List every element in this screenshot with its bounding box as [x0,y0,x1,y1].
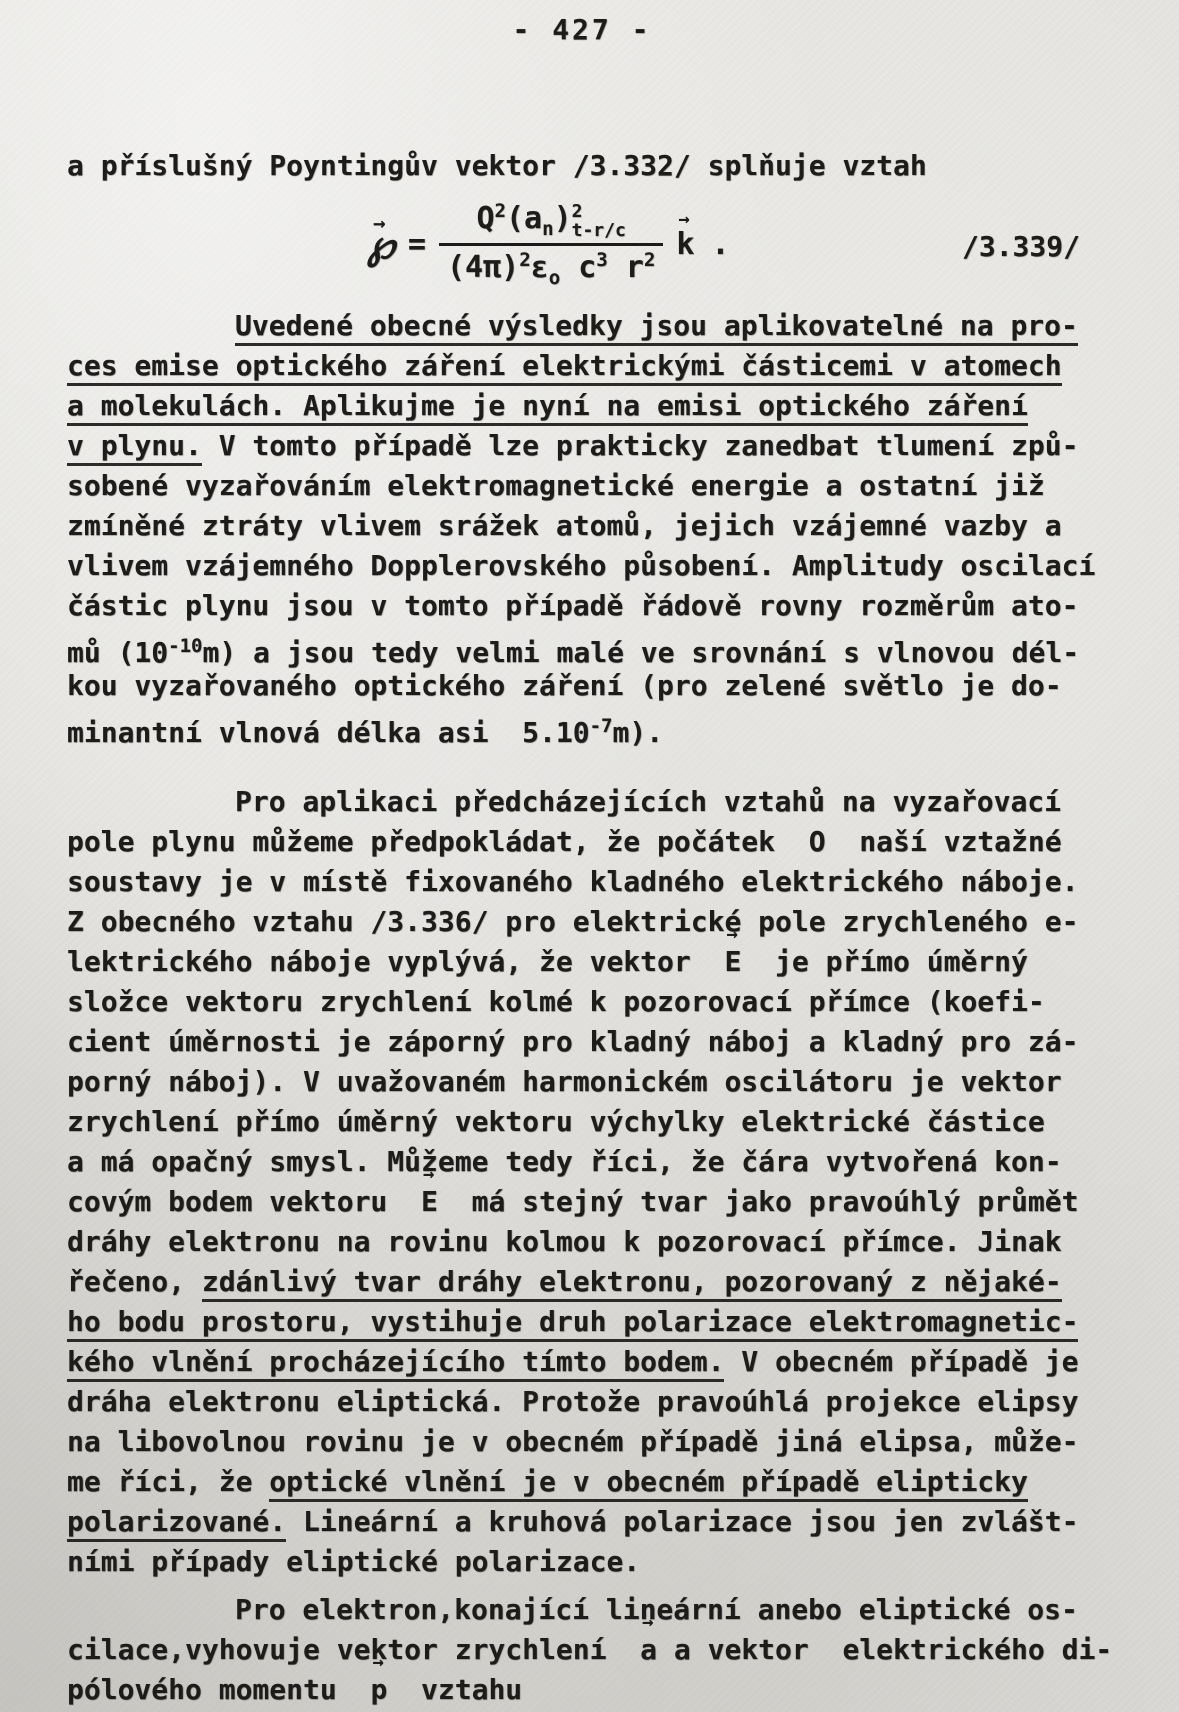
text-line: a molekulách. Aplikujme je nyní na emisi… [67,386,1149,426]
epsilon: ε [531,250,549,285]
text-line: na libovolnou rovinu je v obecném případ… [67,1422,1149,1462]
text-line: kou vyzařovaného optického záření (pro z… [67,666,1149,706]
text-segment: dráhy elektronu na rovinu kolmou k pozor… [67,1225,1062,1258]
text-line: ces emise optického záření elektrickými … [67,346,1149,386]
page-number: - 427 - [41,10,1123,50]
a-vector-symbol: →a [640,1630,657,1670]
text-segment: cilace,vyhovuje vektor zrychlení [67,1633,640,1666]
vector-letter: E [724,945,741,978]
text-segment: vztahu [387,1673,522,1706]
exponent: 2 [644,249,655,271]
text-line: složce vektoru zrychlení kolmé k pozorov… [67,982,1149,1022]
page-content: - 427 - a příslušný Poyntingův vektor /3… [67,10,1149,1710]
text-segment: Lineární a kruhová polarizace jsou jen z… [286,1505,1078,1538]
p-vector-symbol: →p [370,1670,387,1710]
text-segment: sobené vyzařováním elektromagnetické ene… [67,469,1045,502]
text-segment: m) a jsou tedy velmi malé ve srovnání s … [202,636,1079,669]
exponent: 2 [519,249,530,271]
text-line: dráha elektronu eliptická. Protože pravo… [67,1382,1149,1422]
text-segment: dráha elektronu eliptická. Protože pravo… [67,1385,1078,1418]
exponent: 3 [596,249,607,271]
equation-period: . [711,227,729,262]
fraction-denominator: (4π)2εo c3 r2 [439,243,663,289]
text-line: Uvedené obecné výsledky jsou aplikovatel… [67,306,1149,346]
text-line: vlivem vzájemného Dopplerovského působen… [67,546,1149,586]
text-line: v plynu. V tomto případě lze prakticky z… [67,426,1149,466]
text-line: Z obecného vztahu /3.336/ pro elektrické… [67,902,1149,942]
text-line: ními případy eliptické polarizace. [67,1542,1149,1582]
text-segment: pólového momentu [67,1673,370,1706]
text-segment: V obecném případě je [724,1345,1078,1378]
text-line: zmíněné ztráty vlivem srážek atomů, jeji… [67,506,1149,546]
text-segment: ho bodu prostoru, vystihuje druh polariz… [67,1305,1078,1342]
text-line: pólového momentu →p vztahu [67,1670,1149,1710]
text-segment: lektrického náboje vyplývá, že vektor [67,945,724,978]
text-line: lektrického náboje vyplývá, že vektor →E… [67,942,1149,982]
vector-letter: E [421,1185,438,1218]
text-segment: Pro elektron,konající lineární anebo eli… [235,1593,1078,1626]
text-line: ho bodu prostoru, vystihuje druh polariz… [67,1302,1149,1342]
text-segment: zmíněné ztráty vlivem srážek atomů, jeji… [67,509,1062,542]
text-line: řečeno, zdánlivý tvar dráhy elektronu, p… [67,1262,1149,1302]
symbol-c: c [560,250,596,285]
intro-line: a příslušný Poyntingův vektor /3.332/ sp… [67,146,1149,186]
text-segment: porný náboj). V uvažovaném harmonickém o… [67,1065,1062,1098]
text-line: covým bodem vektoru →E má stejný tvar ja… [67,1182,1149,1222]
vector-arrow-icon: → [423,1165,434,1184]
text-segment: má stejný tvar jako pravoúhlý průmět [438,1185,1079,1218]
superscript-text: -7 [590,715,613,737]
vector-letter: a [640,1633,657,1666]
equation-number: /3.339/ [962,230,1080,263]
text-line: cilace,vyhovuje vektor zrychlení →a a ve… [67,1630,1149,1670]
text-line: soustavy je v místě fixovaného kladného … [67,862,1149,902]
symbol-a: (a [506,201,542,236]
text-segment: cient úměrnosti je záporný pro kladný ná… [67,1025,1078,1058]
text-line: Pro aplikaci předcházejících vztahů na v… [67,782,1149,822]
document-body: Uvedené obecné výsledky jsou aplikovatel… [67,306,1149,1710]
text-segment: covým bodem vektoru [67,1185,421,1218]
text-segment: pole plynu můžeme předpokládat, že počát… [67,825,1062,858]
text-segment: a molekulách. Aplikujme je nyní na emisi… [67,389,1028,426]
symbol-r: r [608,250,644,285]
text-segment: zdánlivý tvar dráhy elektronu, pozorovan… [202,1265,1062,1302]
text-line: zrychlení přímo úměrný vektoru výchylky … [67,1102,1149,1142]
vector-arrow-icon: → [678,210,689,229]
text-segment: a má opačný smysl. Můžeme tedy říci, že … [67,1145,1062,1178]
text-line: polarizované. Lineární a kruhová polariz… [67,1502,1149,1542]
text-segment: mů (10 [67,636,168,669]
text-segment: částic plynu jsou v tomto případě řádově… [67,589,1078,622]
text-segment: Pro aplikaci předcházejících vztahů na v… [235,785,1061,818]
text-segment: optické vlnění je v obecném případě elip… [269,1465,1028,1502]
text-line: částic plynu jsou v tomto případě řádově… [67,586,1149,626]
text-segment: na libovolnou rovinu je v obecném případ… [67,1425,1078,1458]
text-segment: zrychlení přímo úměrný vektoru výchylky … [67,1105,1045,1138]
text-segment: V tomto případě lze prakticky zanedbat t… [202,429,1079,462]
e-vector-symbol: →E [724,942,741,982]
text-line: sobené vyzařováním elektromagnetické ene… [67,466,1149,506]
poynting-vector-symbol: →℘ [367,225,395,265]
text-segment: složce vektoru zrychlení kolmé k pozorov… [67,985,1045,1018]
k-unit-vector: →k [676,227,694,262]
text-segment: je přímo úměrný [741,945,1028,978]
e-vector-symbol: →E [421,1182,438,1222]
text-segment: me říci, že [67,1465,269,1498]
retarded-time-subscript: t-r/c [572,222,626,241]
scanned-document-page: - 427 - a příslušný Poyntingův vektor /3… [0,0,1179,1712]
text-segment: Uvedené obecné výsledky jsou aplikovatel… [235,309,1078,346]
text-line: Pro elektron,konající lineární anebo eli… [67,1590,1149,1630]
text-line: cient úměrnosti je záporný pro kladný ná… [67,1022,1149,1062]
k-letter: k [676,227,694,262]
vector-arrow-icon: → [372,1653,383,1672]
text-line: mů (10-10m) a jsou tedy velmi malé ve sr… [67,626,1149,666]
text-segment: vlivem vzájemného Dopplerovského působen… [67,549,1095,582]
text-segment: m). [612,716,663,749]
text-segment: ces emise optického záření elektrickými … [67,349,1062,386]
fraction-numerator: Q2(an)2t-r/c [468,200,633,243]
text-line: porný náboj). V uvažovaném harmonickém o… [67,1062,1149,1102]
four-pi: (4π) [447,250,519,285]
close-paren: ) [554,201,572,236]
text-line: dráhy elektronu na rovinu kolmou k pozor… [67,1222,1149,1262]
text-segment: kého vlnění procházejícího tímto bodem. [67,1345,724,1382]
text-segment: řečeno, [67,1265,202,1298]
vector-letter: p [370,1673,387,1706]
text-segment: kou vyzařovaného optického záření (pro z… [67,669,1062,702]
text-segment: a vektor elektrického di- [657,1633,1112,1666]
symbol-q: Q [476,201,494,236]
text-segment: polarizované. [67,1505,286,1542]
subscript-zero: o [549,267,560,289]
vector-arrow-icon: → [642,1613,653,1632]
text-line: minantní vlnová délka asi 5.10-7m). [67,706,1149,746]
text-segment: minantní vlnová délka asi 5.10 [67,716,590,749]
text-line: kého vlnění procházejícího tímto bodem. … [67,1342,1149,1382]
equation-body: →℘ = Q2(an)2t-r/c (4π)2εo c3 r2 →k . [367,200,729,289]
text-line: me říci, že optické vlnění je v obecném … [67,1462,1149,1502]
text-segment: soustavy je v místě fixovaného kladného … [67,865,1078,898]
text-line: pole plynu můžeme předpokládat, že počát… [67,822,1149,862]
superscript-text: -10 [168,635,202,657]
vector-arrow-icon: → [726,925,737,944]
fraction: Q2(an)2t-r/c (4π)2εo c3 r2 [439,200,663,289]
equation-3-339: →℘ = Q2(an)2t-r/c (4π)2εo c3 r2 →k . /3.… [67,194,1149,306]
text-segment: ními případy eliptické polarizace. [67,1545,640,1578]
subscript-n: n [542,218,553,240]
text-segment: Z obecného vztahu /3.336/ pro elektrické… [67,905,1078,938]
text-line: a má opačný smysl. Můžeme tedy říci, že … [67,1142,1149,1182]
exponent: 2 [495,200,506,222]
text-segment: v plynu. [67,429,202,466]
equals-sign: = [408,227,426,262]
vector-arrow-icon: → [373,213,386,234]
stacked-sup-sub: 2t-r/c [572,203,626,241]
